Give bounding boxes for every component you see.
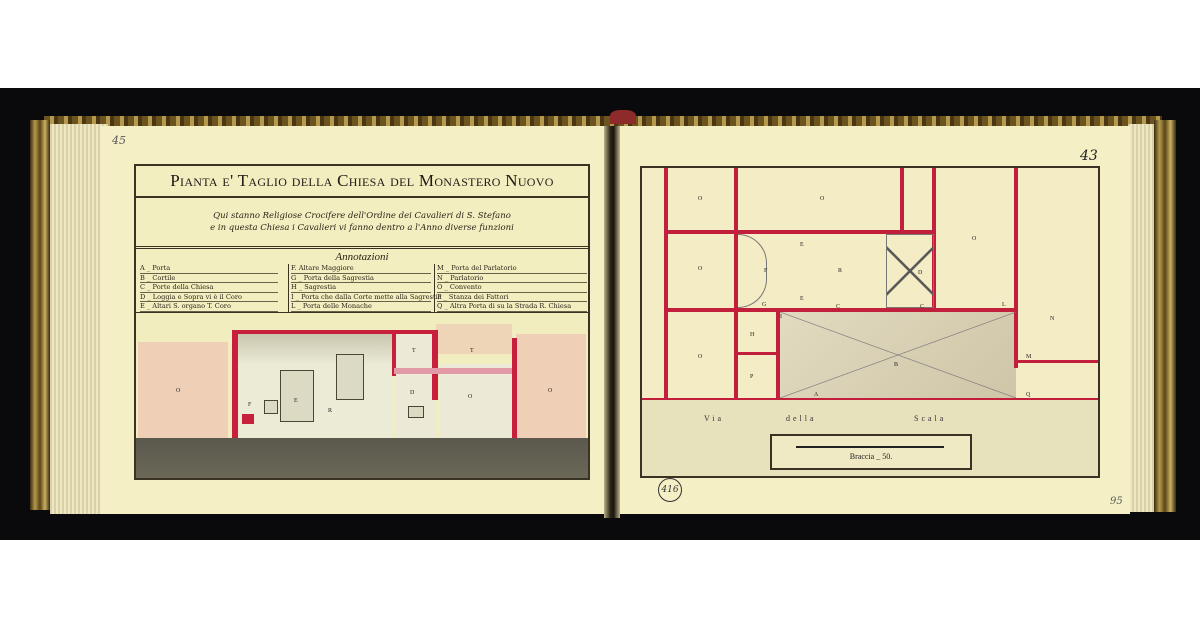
altar-painting (336, 354, 364, 400)
legend-entry: C _ Porte della Chiesa (140, 283, 278, 293)
niche (264, 400, 278, 414)
subtitle-line-1: Qui stanno Religiose Crocifere dell'Ordi… (213, 210, 511, 222)
legend-entry: B _ Cortile (140, 274, 278, 284)
section-label: O (548, 388, 552, 394)
bookmark-ribbon (610, 110, 636, 124)
altar (280, 370, 314, 422)
scale-label: Braccia _ 50. (772, 452, 970, 461)
section-label: T (412, 348, 416, 354)
scale-cartouche: Braccia _ 50. (770, 434, 972, 470)
section-label: E (294, 398, 298, 404)
plan-label: E (800, 296, 804, 302)
legend-entry: O _ Convento (437, 283, 587, 293)
legend-column-1: A _ Porta B _ Cortile C _ Porte della Ch… (140, 264, 278, 312)
street-word: Scala (914, 414, 946, 423)
right-plate: O O O O O E E F R D G C C L N I H P B M … (640, 166, 1100, 478)
plan-label: C (920, 304, 924, 310)
convent-wash-left (138, 342, 228, 438)
legend-entry: L _ Porta delle Monache (291, 302, 431, 312)
page-stack-right (1128, 124, 1154, 512)
plan-label: H (750, 332, 754, 338)
legend-entry: A _ Porta (140, 264, 278, 274)
plan-label: O (972, 236, 976, 242)
plan-label: P (750, 374, 753, 380)
niche (408, 406, 424, 418)
legend-entry: F. Altare Maggiore (291, 264, 431, 274)
plan-label: O (698, 354, 702, 360)
section-wall (432, 330, 438, 400)
legend-entry: N _ Parlatorio (437, 274, 587, 284)
legend-entry: H _ Sagrestia (291, 283, 431, 293)
legend-entry: G _ Porta della Sagrestia (291, 274, 431, 284)
plan-label: L (1002, 302, 1006, 308)
legend-entry: P _ Stanza dei Fattori (437, 293, 587, 303)
plan-label: O (820, 196, 824, 202)
plan-label: M (1026, 354, 1031, 360)
section-roof (232, 330, 438, 334)
section-label: O (468, 394, 472, 400)
plan-label: C (836, 304, 840, 310)
church-section-drawing: O F E R T T D O O (136, 314, 588, 478)
loggia-interior (396, 334, 436, 438)
plan-label: R (838, 268, 842, 274)
subtitle-line-2: e in questa Chiesa i Cavalieri vi fanno … (210, 222, 514, 234)
ground-section (136, 438, 588, 478)
nave-interior (234, 334, 394, 438)
legend-column-2: F. Altare Maggiore G _ Porta della Sagre… (288, 264, 431, 312)
plan-label: G (762, 302, 766, 308)
legend-entry: M _ Porta del Parlatorio (437, 264, 587, 274)
left-folio-number: 45 (112, 134, 126, 147)
legend-entry: D _ Loggia e Sopra vi è il Coro (140, 293, 278, 303)
convent-wash-right (516, 334, 586, 438)
plan-label: Q (1026, 392, 1030, 398)
annotations-heading: Annotazioni (136, 251, 588, 263)
section-label: D (410, 390, 414, 396)
courtyard-diagonals (780, 312, 1016, 398)
cover-right-edge (1154, 120, 1176, 512)
section-label: T (470, 348, 474, 354)
legend-column-3: M _ Porta del Parlatorio N _ Parlatorio … (434, 264, 587, 312)
library-stamp: 416 (658, 478, 682, 502)
plan-label: O (698, 196, 702, 202)
plan-label: D (918, 270, 922, 276)
plan-wall (664, 168, 668, 400)
street-word: Via (704, 414, 724, 423)
page-title: Pianta e' Taglio della Chiesa del Monast… (170, 171, 553, 191)
choir-loggia (886, 234, 934, 308)
plan-label: A (814, 392, 818, 398)
choir-vault (394, 368, 512, 374)
roof-wash (436, 324, 512, 354)
section-wall (232, 332, 238, 438)
bottom-folio-number: 95 (1110, 496, 1123, 507)
legend-entry: E _ Altari S. organo T. Coro (140, 302, 278, 312)
cover-left-edge (30, 120, 50, 510)
cover-top-edge (44, 116, 1162, 126)
subtitle-box: Qui stanno Religiose Crocifere dell'Ordi… (136, 198, 588, 249)
ground-floor-plan: O O O O O E E F R D G C C L N I H P B M … (642, 168, 1098, 400)
plan-wall (1018, 360, 1098, 363)
title-cartouche: Pianta e' Taglio della Chiesa del Monast… (136, 166, 588, 198)
plan-wall (734, 352, 778, 355)
section-label: O (176, 388, 180, 394)
plan-label: N (1050, 316, 1054, 322)
altar-table (242, 414, 254, 424)
legend-entry: Q _ Altra Porta di su la Strada R. Chies… (437, 302, 587, 312)
annotations-legend: Annotazioni A _ Porta B _ Cortile C _ Po… (136, 250, 588, 315)
scale-bar (796, 446, 944, 448)
plan-wall (900, 168, 904, 232)
plan-label: F (764, 268, 767, 274)
section-label: R (328, 408, 332, 414)
plan-label: O (698, 266, 702, 272)
plan-label: I (780, 314, 782, 320)
section-wall (512, 338, 517, 438)
apse (738, 234, 767, 308)
legend-entry: I _ Porta che dalla Corte mette alla Sag… (291, 293, 431, 303)
choir-interior (440, 364, 514, 438)
book-gutter (604, 126, 620, 518)
street-word: della (786, 414, 817, 423)
right-folio-number: 43 (1080, 148, 1098, 164)
section-label: F (248, 402, 251, 408)
open-book: 45 43 95 416 Pianta e' Taglio della Chie… (30, 114, 1176, 522)
plan-label: B (894, 362, 898, 368)
plan-label: E (800, 242, 804, 248)
left-plate: Pianta e' Taglio della Chiesa del Monast… (134, 164, 590, 480)
